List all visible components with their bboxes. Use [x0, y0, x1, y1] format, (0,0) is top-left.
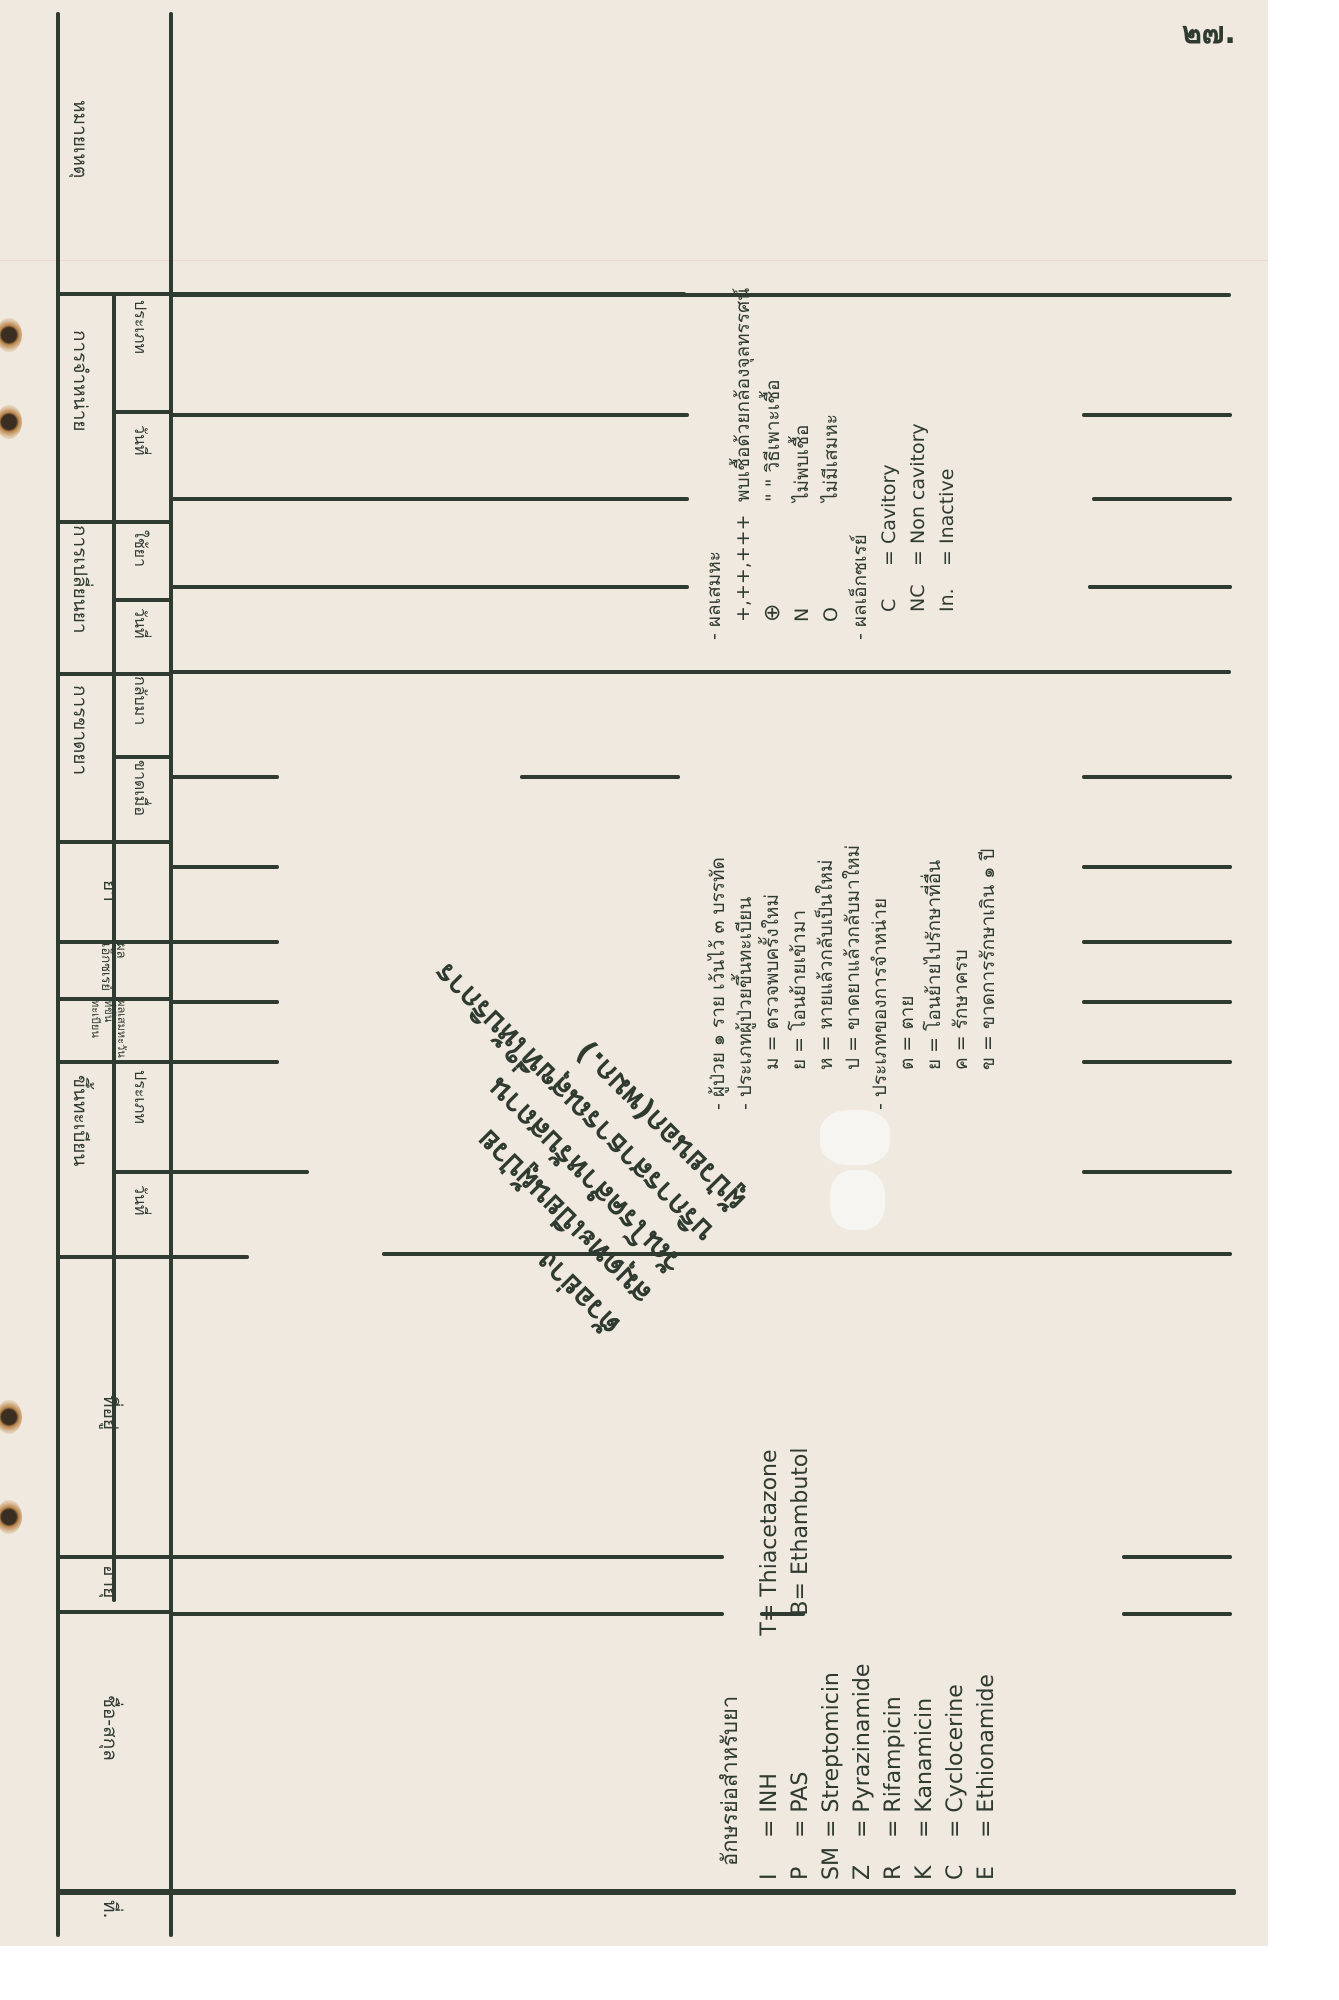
header-sputum-registration: ผลเสมหะวันที่ขึ้นทะเบียน [89, 1000, 128, 1058]
header-xray: ผลเอ็กซเรย์ [98, 943, 128, 993]
header-sep [112, 410, 172, 414]
column-line [169, 1612, 724, 1616]
legend-sputum-item: +,++,+++พบเชื้อด้วยกล้องจุลทรรศน์ [729, 288, 758, 640]
column-line [1122, 1555, 1232, 1559]
legend-sputum-item: Oไม่มีเสมหะ [817, 288, 846, 640]
header-age: อายุ [95, 1565, 125, 1598]
column-line [1088, 585, 1232, 589]
header-registration: ขึ้นทะเบียน [65, 1075, 95, 1166]
binder-hole [0, 1500, 22, 1534]
column-line [1092, 497, 1232, 501]
column-line [169, 497, 689, 501]
drug-item: I= INH T= Thiacetazone [754, 1448, 785, 1880]
drug-item: P= PAS B= Ethambutol [785, 1448, 816, 1880]
legend-xray-item: NC = Non cavitory [904, 288, 933, 640]
drug-item: K= Kanamicin [909, 1448, 940, 1880]
legend-sputum-item: Nไม่พบเชื้อ [788, 288, 817, 640]
binder-hole [0, 405, 22, 439]
column-line [169, 940, 279, 944]
drug-item: C= Cyclocerine [940, 1448, 971, 1880]
page-number: ๒๗. [1182, 10, 1236, 57]
margin-guideline [0, 260, 1268, 261]
legend-xray-item: In. = Inactive [933, 288, 962, 640]
column-line [169, 1255, 249, 1259]
legend-xray-title: - ผลเอ็กซเรย์ [846, 288, 875, 640]
column-line [169, 670, 1231, 674]
header-discharge-date: วันที่ [127, 425, 152, 455]
legend-discharge-item: ค = รักษาครบ [948, 845, 975, 1110]
header-sep [112, 755, 172, 759]
header-default-returned: กลับมา [127, 676, 152, 725]
column-line [169, 413, 689, 417]
column-line [1082, 413, 1232, 417]
legend-registration-item: ม = ตรวจพบครั้งใหม่ [759, 845, 786, 1110]
ledger-page: ๒๗. หมายเหตุ การจำหน่าย ประเภท วันที่ กา… [0, 0, 1268, 1946]
binder-hole [0, 1400, 22, 1434]
legend-discharge-item: ย = โอนย้ายไปรักษาที่อื่น [921, 845, 948, 1110]
header-border-right [169, 12, 173, 1937]
legend-results: - ผลเสมหะ +,++,+++พบเชื้อด้วยกล้องจุลทรร… [700, 288, 962, 640]
header-sep [56, 1255, 172, 1259]
header-sep [56, 1555, 172, 1559]
header-default: การขาดยา [65, 685, 95, 775]
correction-mark [830, 1170, 885, 1230]
header-registration-date: วันที่ [127, 1185, 152, 1215]
header-drug: ยา [95, 880, 125, 902]
column-line [169, 775, 279, 779]
header-discharge-type: ประเภท [127, 300, 152, 354]
header-no: ที่. [95, 1900, 125, 1919]
legend-notes: - ผู้ป่วย ๑ ราย เว้นไว้ ๓ บรรทัด - ประเภ… [705, 845, 1002, 1110]
legend-discharge-title: - ประเภทของการจำหน่าย [867, 845, 894, 1110]
correction-mark [820, 1110, 890, 1165]
header-sep [56, 1610, 172, 1614]
legend-registration-item: ย = โอนย้ายเข้ามา [786, 845, 813, 1110]
header-address: ที่อยู่ [95, 1395, 125, 1430]
header-remarks: หมายเหตุ [65, 100, 95, 178]
header-discharge: การจำหน่าย [65, 330, 95, 432]
header-border-left [56, 12, 60, 1937]
header-sep [112, 1170, 172, 1174]
title-stamp: ตัวอย่าง สมุดทะเบียนผู้ป่วย วัณโรคสำหรับ… [331, 921, 755, 1345]
column-line [1082, 1060, 1232, 1064]
header-sep [56, 1060, 172, 1064]
column-line [169, 1170, 309, 1174]
legend-registration-title: - ประเภทผู้ป่วยขึ้นทะเบียน [732, 845, 759, 1110]
drug-item: R= Rifampicin [878, 1448, 909, 1880]
legend-xray-item: C = Cavitory [875, 288, 904, 640]
column-line [1122, 1612, 1232, 1616]
drug-item: SM= Streptomicin [816, 1448, 847, 1880]
legend-sputum-title: - ผลเสมหะ [700, 288, 729, 640]
drug-item: E= Ethionamide [971, 1448, 1002, 1880]
header-sep [56, 672, 172, 676]
column-line [1082, 940, 1232, 944]
column-line [1082, 775, 1232, 779]
drug-abbreviations: อักษรย่อสำหรับยา I= INH T= Thiacetazone … [715, 1448, 1002, 1880]
column-line [169, 865, 279, 869]
header-drug-change-drug: ใช้ยา [127, 530, 152, 567]
column-line [169, 585, 689, 589]
column-line [520, 775, 680, 779]
header-registration-type: ประเภท [127, 1070, 152, 1124]
header-default-defaulted: ขาดเมื่อ [127, 760, 152, 816]
drug-abbreviations-title: อักษรย่อสำหรับยา [715, 1448, 746, 1880]
first-row-line [56, 1889, 1236, 1895]
header-sep [56, 840, 172, 844]
legend-discharge-item: ข = ขาดการรักษาเกิน ๑ ปี [975, 845, 1002, 1110]
header-drug-change: การเปลี่ยนยา [65, 525, 95, 634]
drug-item: Z= Pyrazinamide [847, 1448, 878, 1880]
column-line [169, 1060, 279, 1064]
legend-discharge-item: ต = ตาย [894, 845, 921, 1110]
column-line [169, 1555, 724, 1559]
column-line [169, 1000, 279, 1004]
header-name: ชื่อ-สกุล [95, 1695, 125, 1761]
legend-sputum-item: ⊕" " วิธีเพาะเชื้อ [758, 288, 788, 640]
legend-spacing-note: - ผู้ป่วย ๑ ราย เว้นไว้ ๓ บรรทัด [705, 845, 732, 1110]
header-sep [56, 520, 172, 524]
legend-registration-item: ป = ขาดยาแล้วกลับมาใหม่ [840, 845, 867, 1110]
column-line [1082, 1170, 1232, 1174]
binder-hole [0, 318, 22, 352]
header-sep [112, 598, 172, 602]
column-line [1082, 1000, 1232, 1004]
header-drug-change-date: วันที่ [127, 608, 152, 638]
legend-registration-item: ห = หายแล้วกลับเป็นใหม่ [813, 845, 840, 1110]
column-line [1082, 865, 1232, 869]
